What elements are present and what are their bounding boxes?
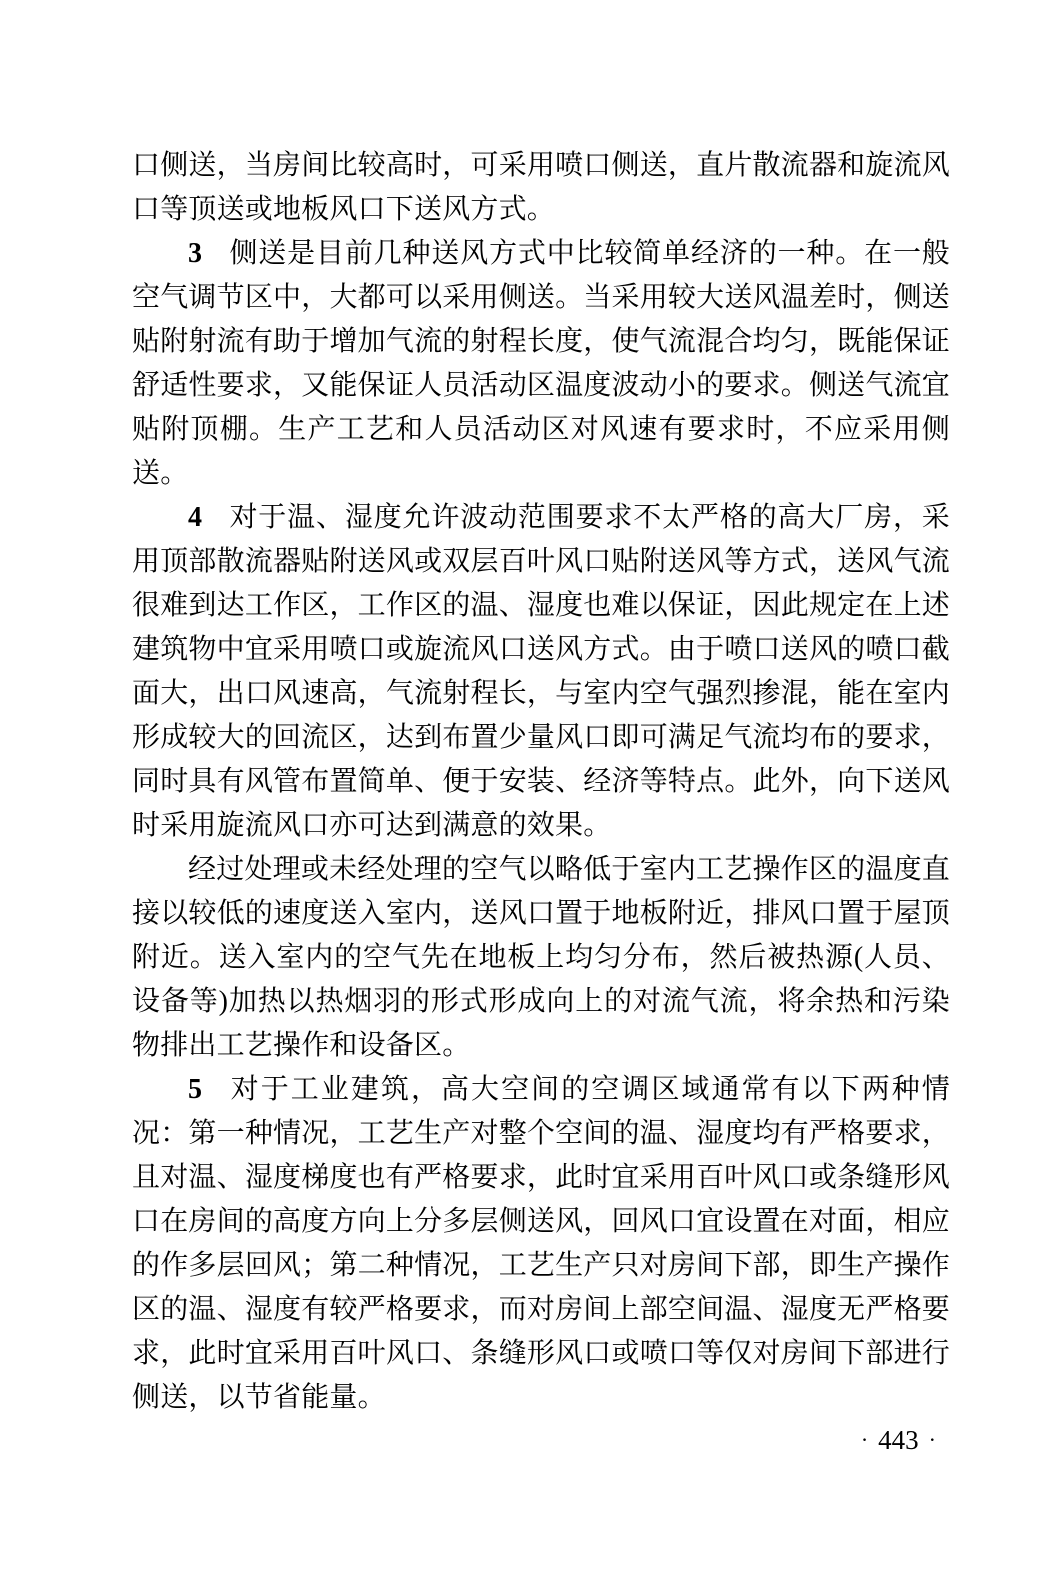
page-footer: ·443· [132,1424,950,1458]
paragraph-number: 4 [188,502,202,533]
footer-right-dot: · [929,1424,936,1456]
paragraph-continuation: 口侧送，当房间比较高时，可采用喷口侧送，直片散流器和旋流风口等顶送或地板风口下送… [132,144,950,232]
paragraph-number: 3 [188,238,202,269]
paragraph-text: 侧送是目前几种送风方式中比较简单经济的一种。在一般空气调节区中，大都可以采用侧送… [132,238,950,489]
commentary-text-block: 口侧送，当房间比较高时，可采用喷口侧送，直片散流器和旋流风口等顶送或地板风口下送… [132,144,950,1420]
paragraph-text: 经过处理或未经处理的空气以略低于室内工艺操作区的温度直接以较低的速度送入室内，送… [132,854,950,1061]
paragraph-item-3: 3侧送是目前几种送风方式中比较简单经济的一种。在一般空气调节区中，大都可以采用侧… [132,232,950,496]
footer-left-dot: · [861,1424,868,1456]
paragraph-number: 5 [188,1074,202,1105]
paragraph-text: 对于温、湿度允许波动范围要求不太严格的高大厂房，采用顶部散流器贴附送风或双层百叶… [132,502,950,841]
paragraph-item-4: 4对于温、湿度允许波动范围要求不太严格的高大厂房，采用顶部散流器贴附送风或双层百… [132,496,950,848]
paragraph-text: 口侧送，当房间比较高时，可采用喷口侧送，直片散流器和旋流风口等顶送或地板风口下送… [132,150,950,225]
page-number: 443 [878,1425,919,1455]
paragraph-item-5: 5对于工业建筑，高大空间的空调区域通常有以下两种情况：第一种情况，工艺生产对整个… [132,1068,950,1420]
document-page: 口侧送，当房间比较高时，可采用喷口侧送，直片散流器和旋流风口等顶送或地板风口下送… [0,0,1056,1586]
paragraph-displacement-ventilation: 经过处理或未经处理的空气以略低于室内工艺操作区的温度直接以较低的速度送入室内，送… [132,848,950,1068]
paragraph-text: 对于工业建筑，高大空间的空调区域通常有以下两种情况：第一种情况，工艺生产对整个空… [132,1074,950,1413]
